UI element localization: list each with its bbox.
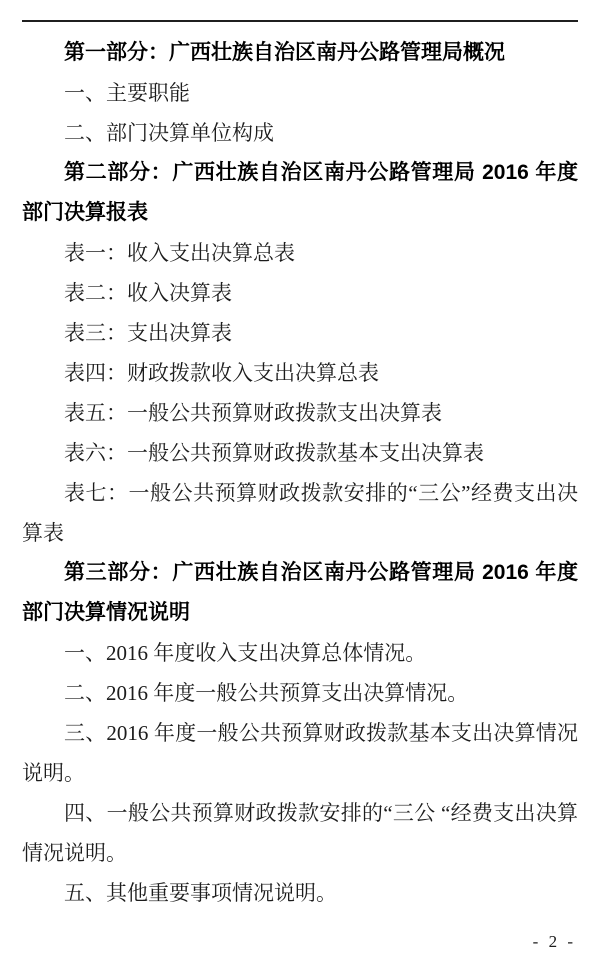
note-1-entry: 一、2016 年度收入支出决算总体情况。 — [22, 633, 578, 673]
header-rule-divider — [22, 20, 578, 22]
table-4-entry: 表四：财政拨款收入支出决算总表 — [22, 353, 578, 393]
page-number: - 2 - — [533, 932, 576, 952]
part1-item-main-functions: 一、主要职能 — [22, 73, 578, 113]
part1-heading: 第一部分：广西壮族自治区南丹公路管理局概况 — [22, 33, 578, 73]
note-2-entry: 二、2016 年度一般公共预算支出决算情况。 — [22, 673, 578, 713]
table-6-entry: 表六：一般公共预算财政拨款基本支出决算表 — [22, 433, 578, 473]
part2-heading: 第二部分：广西壮族自治区南丹公路管理局 2016 年度部门决算报表 — [22, 153, 578, 233]
part3-heading: 第三部分：广西壮族自治区南丹公路管理局 2016 年度部门决算情况说明 — [22, 553, 578, 633]
table-1-entry: 表一：收入支出决算总表 — [22, 233, 578, 273]
table-of-contents: 第一部分：广西壮族自治区南丹公路管理局概况 一、主要职能 二、部门决算单位构成 … — [22, 33, 578, 913]
note-5-entry: 五、其他重要事项情况说明。 — [22, 873, 578, 913]
part1-item-unit-composition: 二、部门决算单位构成 — [22, 113, 578, 153]
document-page: 第一部分：广西壮族自治区南丹公路管理局概况 一、主要职能 二、部门决算单位构成 … — [0, 0, 600, 974]
table-7-entry: 表七：一般公共预算财政拨款安排的“三公”经费支出决算表 — [22, 473, 578, 553]
table-3-entry: 表三：支出决算表 — [22, 313, 578, 353]
note-4-entry: 四、一般公共预算财政拨款安排的“三公 “经费支出决算情况说明。 — [22, 793, 578, 873]
note-3-entry: 三、2016 年度一般公共预算财政拨款基本支出决算情况说明。 — [22, 713, 578, 793]
table-2-entry: 表二：收入决算表 — [22, 273, 578, 313]
table-5-entry: 表五：一般公共预算财政拨款支出决算表 — [22, 393, 578, 433]
